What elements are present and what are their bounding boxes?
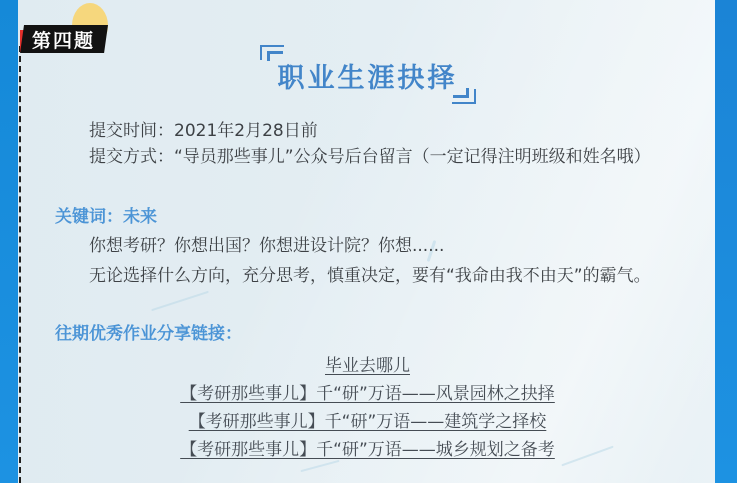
link-graduation-destination[interactable]: 毕业去哪儿 bbox=[55, 352, 680, 380]
links-list: 毕业去哪儿 【考研那些事儿】千“研”万语——风景园林之抉择 【考研那些事儿】千“… bbox=[55, 352, 680, 464]
page-title-text: 职业生涯抉择 bbox=[278, 63, 458, 94]
corner-bracket-icon bbox=[453, 88, 469, 98]
keyword-heading: 关键词：未来 bbox=[55, 202, 680, 227]
corner-bracket-icon bbox=[267, 51, 283, 61]
link-urban-planning-exam-prep[interactable]: 【考研那些事儿】千“研”万语——城乡规划之备考 bbox=[55, 436, 680, 464]
link-architecture-school-choice[interactable]: 【考研那些事儿】千“研”万语——建筑学之择校 bbox=[55, 408, 680, 436]
page-title: 职业生涯抉择 bbox=[278, 56, 458, 95]
submission-method-line: 提交方式：“导员那些事儿”公众号后台留言（一定记得注明班级和姓名哦） bbox=[55, 144, 680, 170]
keyword-question-line: 你想考研？你想出国？你想进设计院？你想...... bbox=[55, 231, 680, 261]
submission-time-line: 提交时间：2021年2月28日前 bbox=[55, 118, 680, 144]
dashed-edge-line bbox=[19, 46, 21, 483]
keyword-advice-line: 无论选择什么方向，充分思考，慎重决定，要有“我命由我不由天”的霸气。 bbox=[55, 261, 680, 291]
title-block: 职业生涯抉择 bbox=[55, 56, 680, 102]
links-heading: 往期优秀作业分享链接： bbox=[55, 319, 680, 344]
right-border-strip bbox=[715, 0, 737, 483]
link-landscape-architecture[interactable]: 【考研那些事儿】千“研”万语——风景园林之抉择 bbox=[55, 380, 680, 408]
article-content: 职业生涯抉择 提交时间：2021年2月28日前 提交方式：“导员那些事儿”公众号… bbox=[22, 0, 715, 483]
article-page: 第四题 职业生涯抉择 提交时间：2021年2月28日前 提交方式：“导员那些事儿… bbox=[0, 0, 737, 483]
left-border-strip bbox=[0, 0, 18, 483]
